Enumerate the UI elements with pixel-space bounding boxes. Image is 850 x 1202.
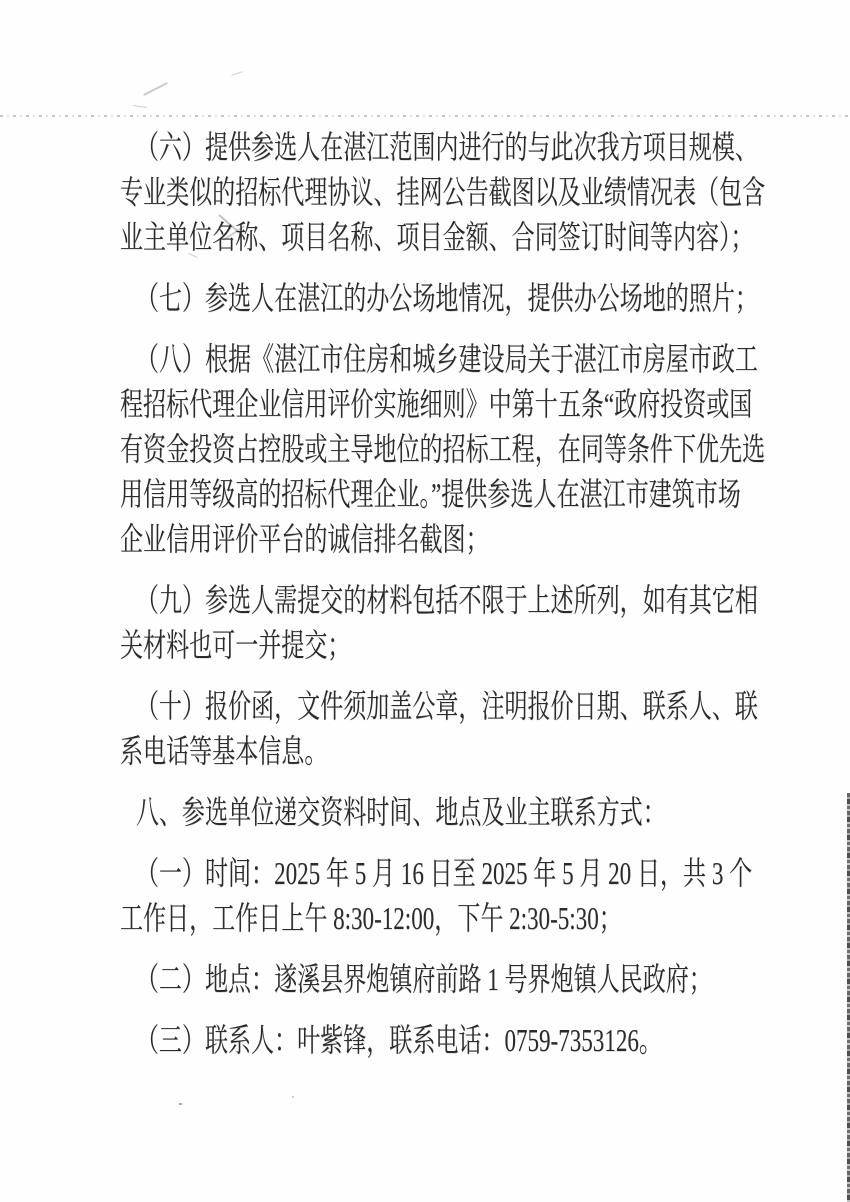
text-line: （八）根据《湛江市住房和城乡建设局关于湛江市房屋市政工 — [120, 337, 636, 382]
text-line: 程招标代理企业信用评价实施细则》中第十五条“政府投资或国 — [120, 382, 636, 427]
scan-smudge — [143, 82, 168, 96]
text-line: 八、参选单位递交资料时间、地点及业主联系方式： — [120, 790, 636, 835]
scan-speck — [292, 1096, 294, 1098]
text-line: （十）报价函，文件须加盖公章，注明报价日期、联系人、联 — [120, 684, 636, 729]
text-line: （一）时间：2025 年 5 月 16 日至 2025 年 5 月 20 日，共… — [120, 851, 636, 896]
text-line: 系电话等基本信息。 — [120, 729, 636, 774]
text-line: （二）地点：遂溪县界炮镇府前路 1 号界炮镇人民政府； — [120, 957, 636, 1002]
text-line: 关材料也可一并提交； — [120, 623, 636, 668]
text-line: （六）提供参选人在湛江范围内进行的与此次我方项目规模、 — [120, 125, 636, 170]
scan-dotted-line — [0, 115, 850, 117]
text-line: 有资金投资占控股或主导地位的招标工程，在同等条件下优先选 — [120, 427, 636, 472]
section-heading-8: 八、参选单位递交资料时间、地点及业主联系方式： — [120, 790, 836, 835]
paragraph-item-8: （八）根据《湛江市住房和城乡建设局关于湛江市房屋市政工 程招标代理企业信用评价实… — [120, 337, 836, 562]
document-page: （六）提供参选人在湛江范围内进行的与此次我方项目规模、 专业类似的招标代理协议、… — [0, 0, 850, 1202]
paragraph-item-9: （九）参选人需提交的材料包括不限于上述所列，如有其它相 关材料也可一并提交； — [120, 578, 836, 668]
scan-smudge — [231, 71, 243, 76]
text-line: 工作日，工作日上午 8:30-12:00，下午 2:30-5:30； — [120, 896, 636, 941]
scan-speck — [179, 1103, 182, 1105]
text-line: 企业信用评价平台的诚信排名截图； — [120, 517, 636, 562]
text-line: 用信用等级高的招标代理企业。”提供参选人在湛江市建筑市场 — [120, 472, 636, 517]
paragraph-sub-1-time: （一）时间：2025 年 5 月 16 日至 2025 年 5 月 20 日，共… — [120, 851, 836, 941]
text-line: （七）参选人在湛江的办公场地情况，提供办公场地的照片； — [120, 276, 636, 321]
text-line: （三）联系人：叶紫锋，联系电话：0759-7353126。 — [120, 1018, 636, 1063]
text-line: 专业类似的招标代理协议、挂网公告截图以及业绩情况表（包含 — [120, 170, 636, 215]
paragraph-item-6: （六）提供参选人在湛江范围内进行的与此次我方项目规模、 专业类似的招标代理协议、… — [120, 125, 836, 260]
text-line: 业主单位名称、项目名称、项目金额、合同签订时间等内容）； — [120, 215, 636, 260]
text-line: （九）参选人需提交的材料包括不限于上述所列，如有其它相 — [120, 578, 636, 623]
paragraph-item-7: （七）参选人在湛江的办公场地情况，提供办公场地的照片； — [120, 276, 836, 321]
paragraph-sub-2-location: （二）地点：遂溪县界炮镇府前路 1 号界炮镇人民政府； — [120, 957, 836, 1002]
paragraph-item-10: （十）报价函，文件须加盖公章，注明报价日期、联系人、联 系电话等基本信息。 — [120, 684, 836, 774]
scan-smudge — [133, 105, 147, 108]
paragraph-sub-3-contact: （三）联系人：叶紫锋，联系电话：0759-7353126。 — [120, 1018, 836, 1063]
document-body: （六）提供参选人在湛江范围内进行的与此次我方项目规模、 专业类似的招标代理协议、… — [120, 125, 836, 1079]
